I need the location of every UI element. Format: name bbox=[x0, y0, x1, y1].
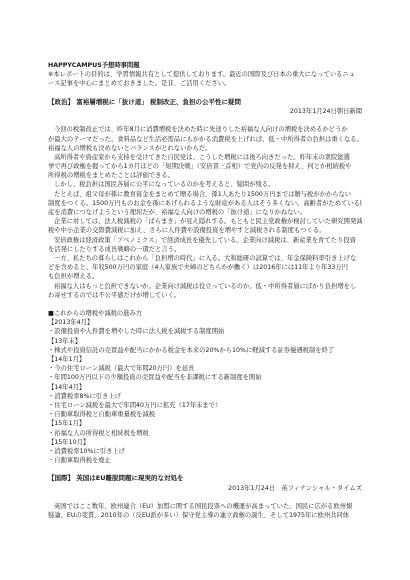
schedule-item: ・自動車取得税を廃止 bbox=[48, 456, 362, 465]
article2-headline: 【国際】 英国はEU離脱問題に現実的な対処を bbox=[48, 474, 362, 483]
schedule-item: ・消費税率8%に引き上げ bbox=[48, 392, 362, 401]
paragraph-line: も負担が増える。 bbox=[48, 272, 362, 281]
paragraph-line: たとえば、祖父母が孫に教育資金をまとめて贈る場合、孫1人あたり1500万円までは… bbox=[48, 190, 362, 199]
paragraph-line: わ寄せするのでは不公平感だけが増していく。 bbox=[48, 291, 362, 300]
paragraph-line: 高所得者や資産家から支持を受けてきた自民党は、こうした増税には後ろ向きだった。昨… bbox=[48, 153, 362, 162]
schedule-title: ■これからの増税や減税の進み方 bbox=[48, 309, 362, 318]
schedule-item: ・今の住宅ローン減税（最大で年間20万円）を延長 bbox=[48, 364, 362, 373]
paragraph-line: 制度をつくる。1500万円ものお金を孫にあげられるような財産がある人はそう多くな… bbox=[48, 199, 362, 208]
schedule-item: ・設備投資や人件費を増やした時に法人税を減税する制度開始 bbox=[48, 327, 362, 336]
schedule-period: 【15年10月】 bbox=[48, 438, 362, 447]
paragraph-line: 産を消費につなげようという理屈だが、裕福な人向けの増税の「抜け道」になりかねない… bbox=[48, 208, 362, 217]
paragraph-line: 英国ではここ数年、欧州連合（EU）加盟に関する国民投票への機運が高まっていた。国… bbox=[48, 502, 362, 511]
document-page: HAPPYCAMPUS予想時事問題 ※本レポートの目的は、学習情報共有として提供… bbox=[48, 61, 362, 520]
schedule-item: ・住宅ローン減税を最大で年間40万円に拡充（17年末まで） bbox=[48, 401, 362, 410]
schedule-item: ・年間100万円以下の少額投資の売買益や配当を非課税にする新制度を開始 bbox=[48, 373, 362, 382]
notice-line-1: ※本レポートの目的は、学習情報共有として提供しております。最近の国際及び日本の重… bbox=[48, 70, 362, 79]
tax-schedule: ■これからの増税や減税の進み方 【2013年4月】 ・設備投資や人件費を増やした… bbox=[48, 309, 362, 465]
document-title: HAPPYCAMPUS予想時事問題 bbox=[48, 61, 362, 70]
paragraph-line: 今回の税制改正では、昨年8月に消費増税を決めた時に先送りした裕福な人向けの増税を… bbox=[48, 125, 362, 134]
paragraph-line: 疑論、EUの変質、2010年の（反EU派が多い）保守党主導の連立政権の誕生、そし… bbox=[48, 511, 362, 520]
paragraph-line: 所得税の増税をまとめたことは評価できる。 bbox=[48, 171, 362, 180]
paragraph-line: が最大のテーマだった。食料品など生活必需品にもかかる消費税を上げれば、低・中所得… bbox=[48, 135, 362, 144]
article2-source: 2013年1月24日 英フィナンシャル・タイムズ bbox=[48, 484, 362, 493]
schedule-period: 【14年4月】 bbox=[48, 383, 362, 392]
paragraph-line: 挙で再び政権を握ってから1カ月ほどの「短期決戦」（安倍晋三首相）で党内の反発を抑… bbox=[48, 162, 362, 171]
article1-source: 2013年1月24日朝日新聞 bbox=[48, 107, 362, 116]
schedule-item: ・裕福な人の所得税と相続税を増税 bbox=[48, 429, 362, 438]
paragraph-line: 一方、私たちの暮らしはこれから「負担増の時代」に入る。大和総研の試算では、年金保… bbox=[48, 254, 362, 263]
paragraph-line: 裕福な人はもっと負担できないか。企業向け減税は役立っているのか。低・中所得者層に… bbox=[48, 282, 362, 291]
paragraph-line: 裕福な人の増税も決めないとバランスがとれないからだ。 bbox=[48, 144, 362, 153]
article1-headline: 【政治】 富裕層増税に「抜け道」 税制改正、負担の公平性に疑問 bbox=[48, 98, 362, 107]
paragraph-line: 税や中小企業の交際費減税に加え、さらに人件費や設備投資を増やすと減税される制度も… bbox=[48, 226, 362, 235]
paragraph-line: を活発にしたりする成長戦略の一環だと言う。 bbox=[48, 245, 362, 254]
notice-line-2: ース記事を中心にまとめておきました。是非、ご活用ください。 bbox=[48, 79, 362, 88]
schedule-period: 【2013年4月】 bbox=[48, 318, 362, 327]
paragraph-line: どを含めると、年収500万円の家庭（4人家族で夫婦のどちらかが働く）は2016年… bbox=[48, 263, 362, 272]
schedule-item: ・株式や投資信託の売買益や配当にかかる税金を本来の20%から10%に軽減する証券… bbox=[48, 346, 362, 355]
paragraph-line: 安倍政権は経済政策「アベノミクス」で経済成長を優先している。企業向け減税は、新産… bbox=[48, 236, 362, 245]
article1-body: 今回の税制改正では、昨年8月に消費増税を決めた時に先送りした裕福な人向けの増税を… bbox=[48, 125, 362, 300]
paragraph-line: 企業に対しては、法人税減税の「ばらまき」が見え隠れする。もともと民主党政権が検討… bbox=[48, 217, 362, 226]
schedule-period: 【13年末】 bbox=[48, 337, 362, 346]
schedule-period: 【15年1月】 bbox=[48, 419, 362, 428]
schedule-item: ・消費税率10%に引き上げ bbox=[48, 447, 362, 456]
schedule-period: 【14年1月】 bbox=[48, 355, 362, 364]
paragraph-line: しかし、税負担は国民各層に公平になっているのかを考えると、疑問が残る。 bbox=[48, 180, 362, 189]
schedule-item: ・自動車取得税と自動車重量税を減税 bbox=[48, 410, 362, 419]
